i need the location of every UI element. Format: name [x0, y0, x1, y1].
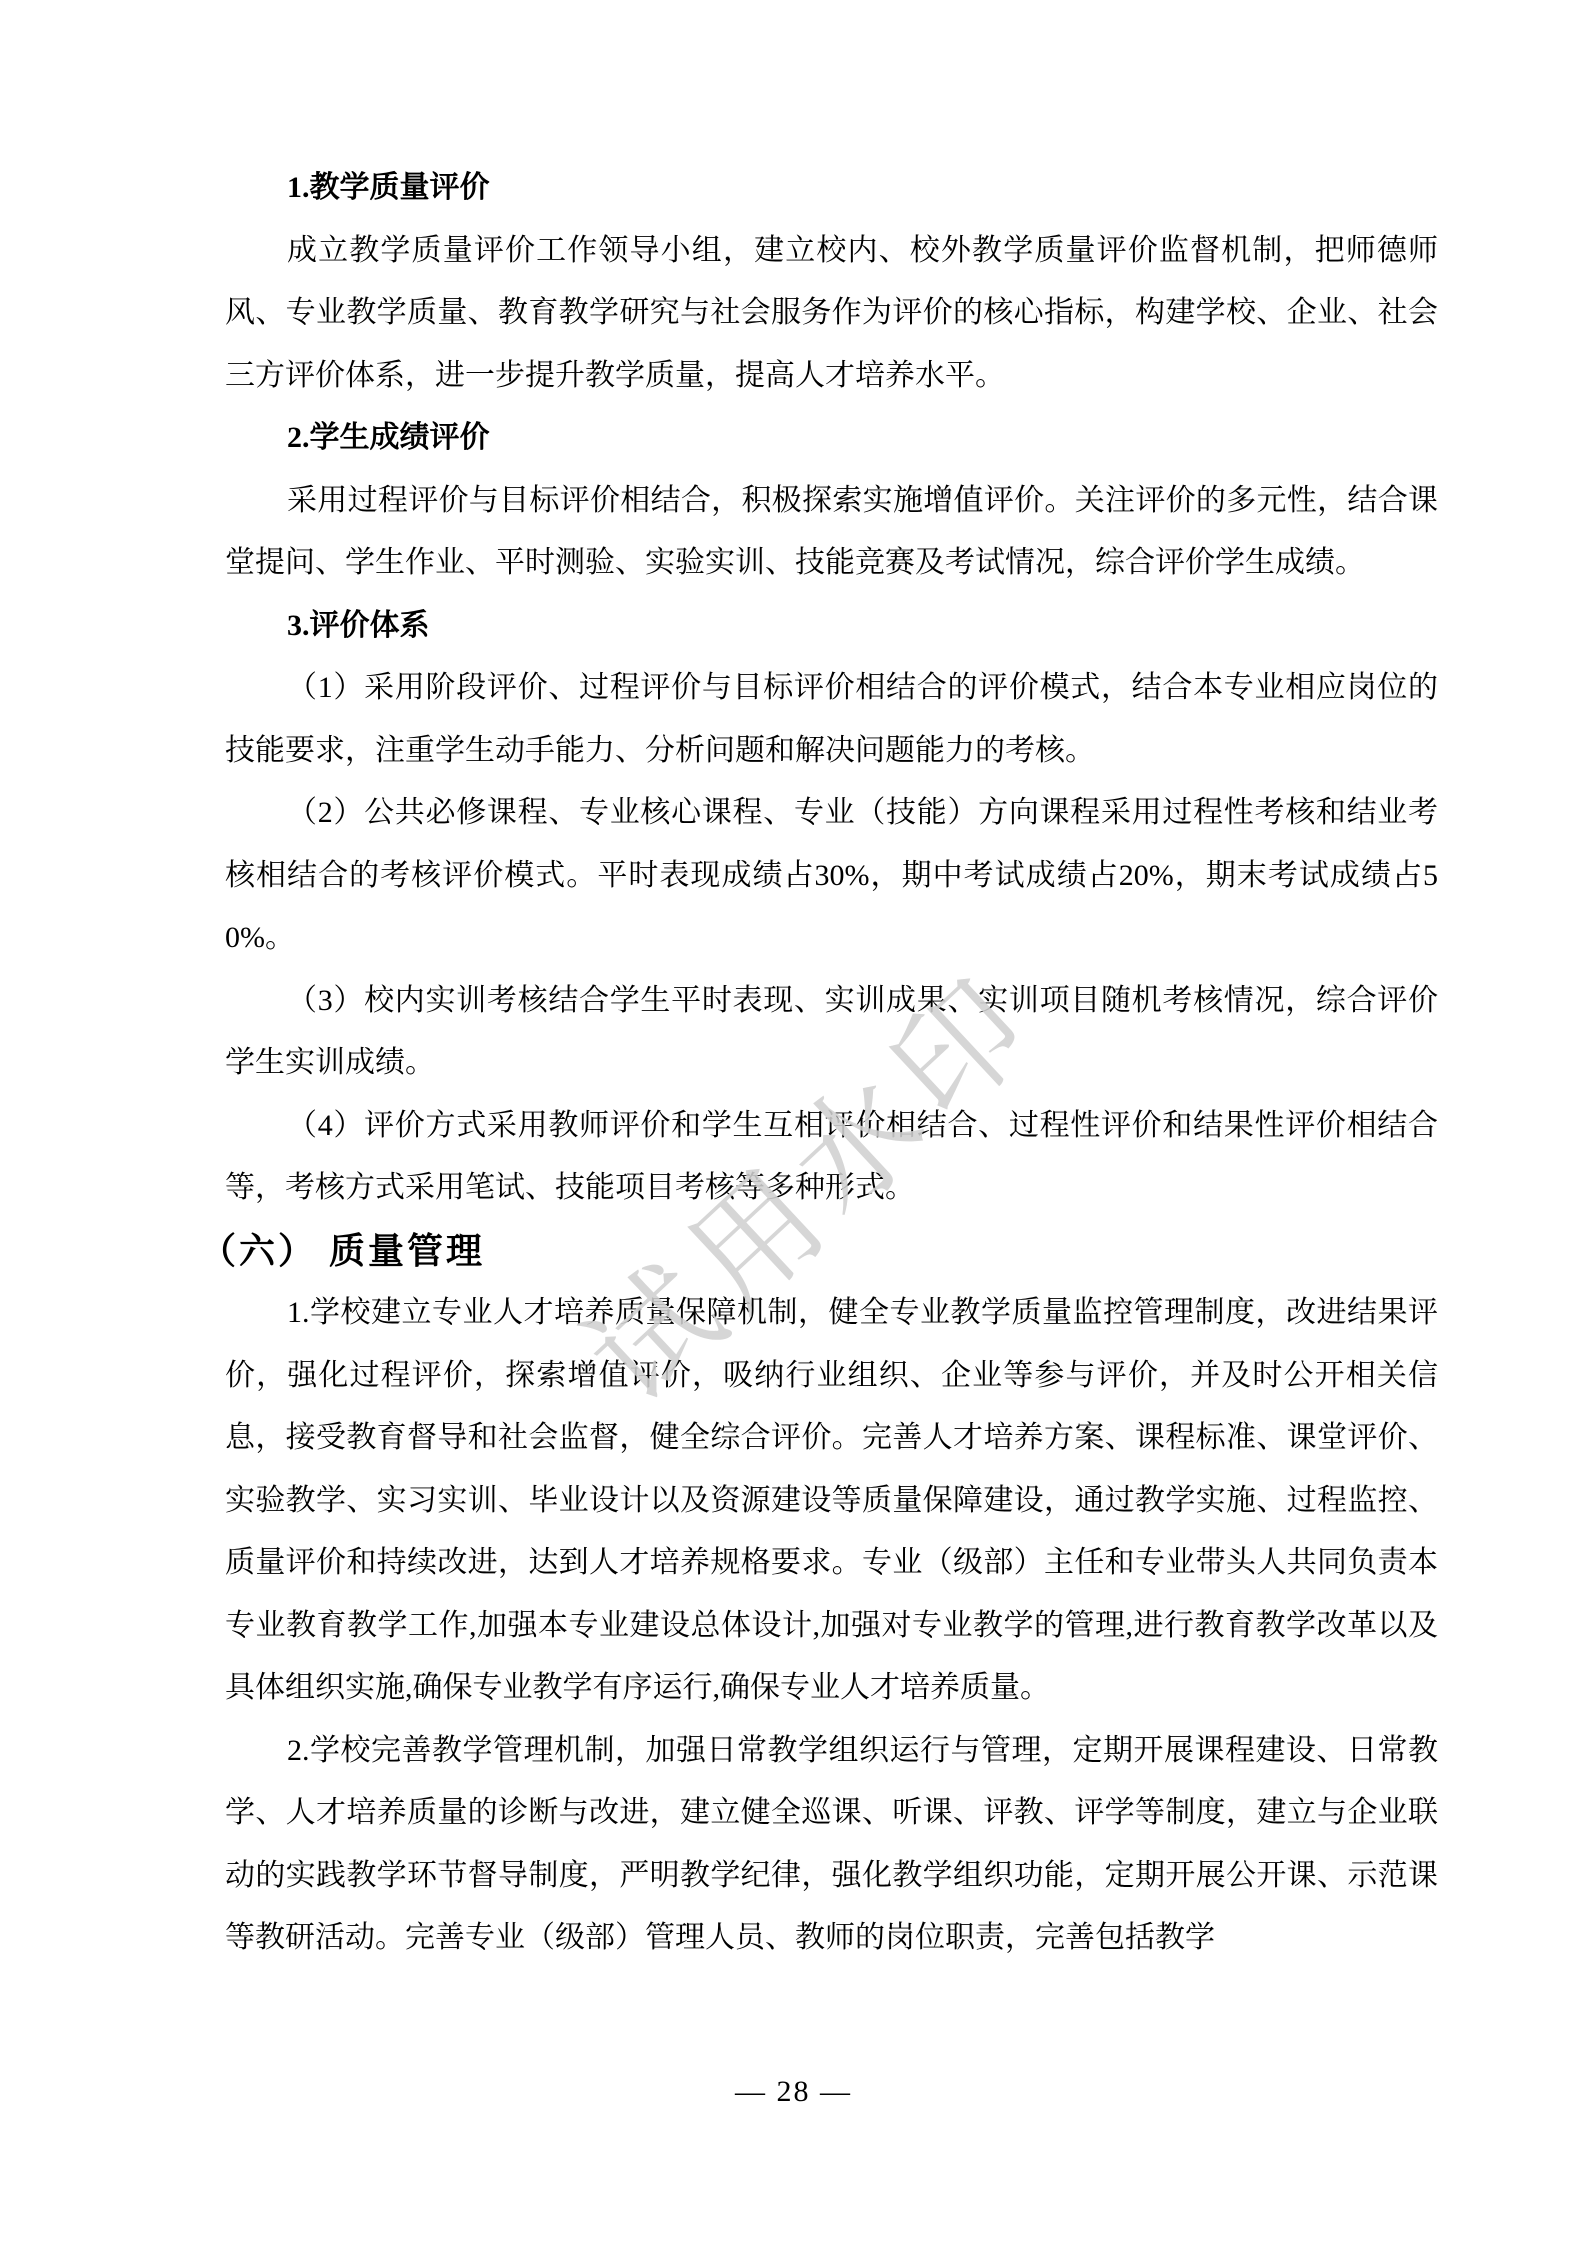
- heading-quality-management: （六） 质量管理: [225, 1220, 1438, 1283]
- heading-student-grade-evaluation: 2.学生成绩评价: [225, 407, 1438, 470]
- paragraph-evaluation-item-1: （1）采用阶段评价、过程评价与目标评价相结合的评价模式，结合本专业相应岗位的技能…: [225, 657, 1438, 782]
- paragraph-evaluation-item-4: （4）评价方式采用教师评价和学生互相评价相结合、过程性评价和结果性评价相结合等，…: [225, 1095, 1438, 1220]
- heading-teaching-quality-evaluation: 1.教学质量评价: [225, 157, 1438, 220]
- paragraph-quality-management-1: 1.学校建立专业人才培养质量保障机制，健全专业教学质量监控管理制度，改进结果评价…: [225, 1282, 1438, 1720]
- paragraph-evaluation-item-2: （2）公共必修课程、专业核心课程、专业（技能）方向课程采用过程性考核和结业考核相…: [225, 782, 1438, 970]
- paragraph-student-grade: 采用过程评价与目标评价相结合，积极探索实施增值评价。关注评价的多元性，结合课堂提…: [225, 470, 1438, 595]
- paragraph-evaluation-item-3: （3）校内实训考核结合学生平时表现、实训成果、实训项目随机考核情况，综合评价学生…: [225, 970, 1438, 1095]
- document-page: 试用水印 1.教学质量评价 成立教学质量评价工作领导小组，建立校内、校外教学质量…: [0, 0, 1587, 2245]
- document-body: 1.教学质量评价 成立教学质量评价工作领导小组，建立校内、校外教学质量评价监督机…: [225, 157, 1438, 1970]
- page-number: — 28 —: [0, 2072, 1587, 2112]
- heading-evaluation-system: 3.评价体系: [225, 595, 1438, 658]
- paragraph-teaching-quality: 成立教学质量评价工作领导小组，建立校内、校外教学质量评价监督机制，把师德师风、专…: [225, 220, 1438, 408]
- paragraph-quality-management-2: 2.学校完善教学管理机制，加强日常教学组织运行与管理，定期开展课程建设、日常教学…: [225, 1720, 1438, 1970]
